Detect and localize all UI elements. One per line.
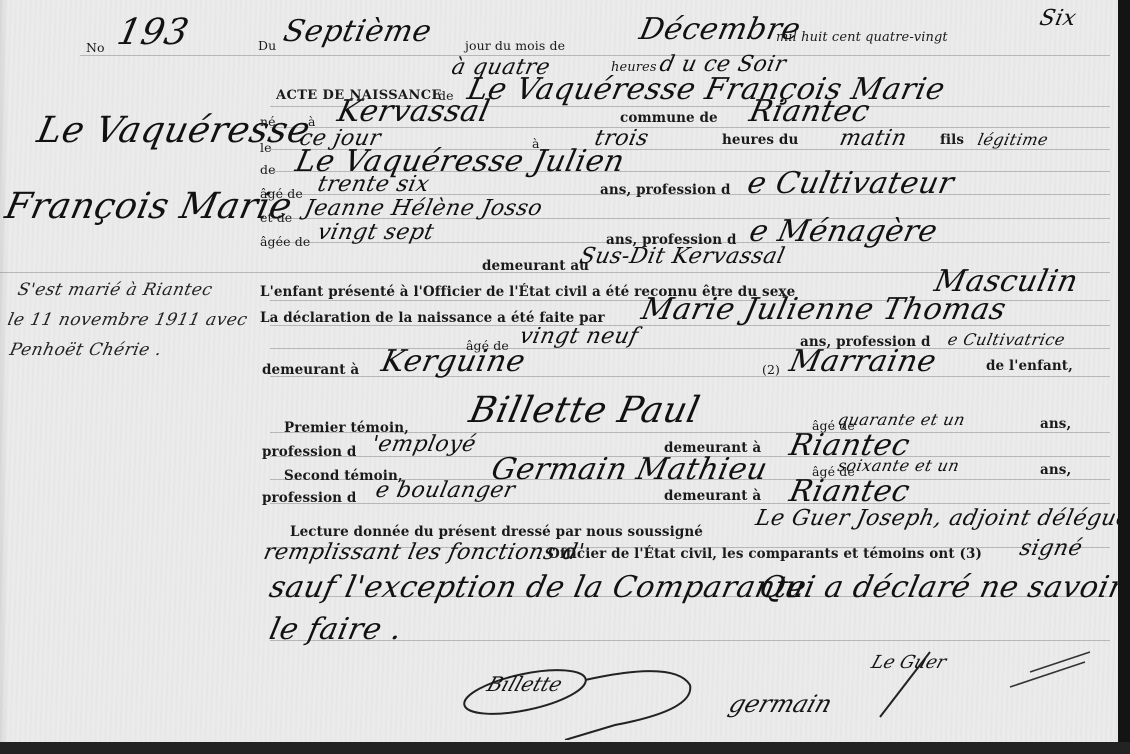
- ruled-line: [80, 55, 1110, 56]
- closing-line2-printed: Officier de l'État civil, les comparants…: [548, 546, 982, 562]
- scan-bottom-bar: [0, 742, 1130, 754]
- closing-line2-hand: remplissant les fonctions d': [261, 540, 587, 565]
- birthplace: Kervassal: [334, 94, 493, 129]
- closing-line2-end: signé: [1017, 536, 1084, 561]
- scan-right-edge: [1118, 0, 1130, 742]
- father-age-label: âgé de: [260, 186, 303, 201]
- father-de-label: de: [260, 162, 276, 177]
- birth-certificate-scan: No 193 Le Vaquéresse François Marie S'es…: [0, 0, 1120, 742]
- signature-germain: germain: [725, 690, 835, 718]
- declarant-name: Marie Julienne Thomas: [638, 292, 1009, 327]
- closing-line3-hand-b: Qui a déclaré ne savoir: [756, 570, 1120, 605]
- witness2-name: Germain Mathieu: [488, 452, 770, 487]
- act-number: 193: [114, 12, 193, 53]
- year-suffix: Six: [1037, 6, 1078, 31]
- declarant-residence: Kerguine: [378, 344, 528, 379]
- witness1-name: Billette Paul: [466, 390, 704, 431]
- witness2-profession: e boulanger: [373, 478, 517, 503]
- commune-label: commune de: [620, 110, 718, 126]
- witness1-profession-label: profession d: [262, 444, 356, 460]
- father-profession: e Cultivateur: [744, 166, 957, 201]
- closing-line4-hand: le faire .: [266, 612, 405, 647]
- witness2-profession-label: profession d: [262, 490, 356, 506]
- jour-du-mois-label: jour du mois de: [465, 38, 565, 53]
- witness2-ans-label: ans,: [1040, 462, 1071, 478]
- mother-et-de-label: et de: [260, 210, 292, 225]
- fils-label: fils: [940, 132, 964, 148]
- ne-label: né: [260, 114, 276, 129]
- residence-value: Sus-Dit Kervassal: [577, 244, 787, 269]
- residence-label: demeurant au: [482, 258, 589, 274]
- witness1-age: quarante et un: [836, 410, 967, 429]
- le-label: le: [260, 140, 272, 155]
- legitimacy: légitime: [976, 130, 1050, 149]
- mother-name: Jeanne Hélène Josso: [302, 196, 544, 221]
- witness1-ans-label: ans,: [1040, 416, 1071, 432]
- father-ans-label: ans, profession d: [600, 182, 731, 198]
- margin-given-names: François Marie: [2, 186, 296, 227]
- declarant-age: vingt neuf: [517, 324, 640, 349]
- witness2-residence: Riantec: [786, 474, 913, 509]
- relation-suffix: de l'enfant,: [986, 358, 1073, 374]
- witness2-residence-label: demeurant à: [664, 488, 761, 504]
- day-value: Septième: [280, 14, 435, 49]
- year-label: mil huit cent quatre-vingt: [776, 30, 948, 45]
- margin-annotation-line1: S'est marié à Riantec: [16, 280, 215, 300]
- declarant-profession: e Cultivatrice: [946, 330, 1067, 349]
- child-name: Le Vaquéresse François Marie: [464, 72, 948, 107]
- officer-name: Le Guer Joseph, adjoint délégué: [753, 506, 1120, 531]
- margin-annotation-line2: le 11 novembre 1911 avec: [6, 310, 250, 330]
- closing-line3-hand: sauf l'exception de la Comparante: [266, 570, 809, 605]
- relation-value: Marraine: [786, 344, 939, 379]
- number-label: No: [86, 40, 105, 55]
- du-label: Du: [258, 38, 276, 53]
- witness1-profession: 'employé: [369, 432, 478, 457]
- mother-age-label: âgée de: [260, 234, 310, 249]
- period-value: matin: [837, 126, 909, 151]
- father-age: trente six: [315, 172, 431, 197]
- closing-line1: Lecture donnée du présent dressé par nou…: [290, 524, 703, 540]
- mother-age: vingt sept: [315, 220, 436, 245]
- signature-billette: Billette: [484, 672, 565, 696]
- declarant-residence-label: demeurant à: [262, 362, 359, 378]
- commune-value: Riantec: [746, 94, 873, 129]
- relation-num: (2): [762, 362, 780, 377]
- witness2-age: soixante et un: [836, 456, 961, 475]
- margin-annotation-line3: Penhoët Chérie .: [8, 340, 164, 360]
- signature-le-guer: Le Guer: [869, 652, 949, 673]
- heures-label: heures du: [722, 132, 798, 148]
